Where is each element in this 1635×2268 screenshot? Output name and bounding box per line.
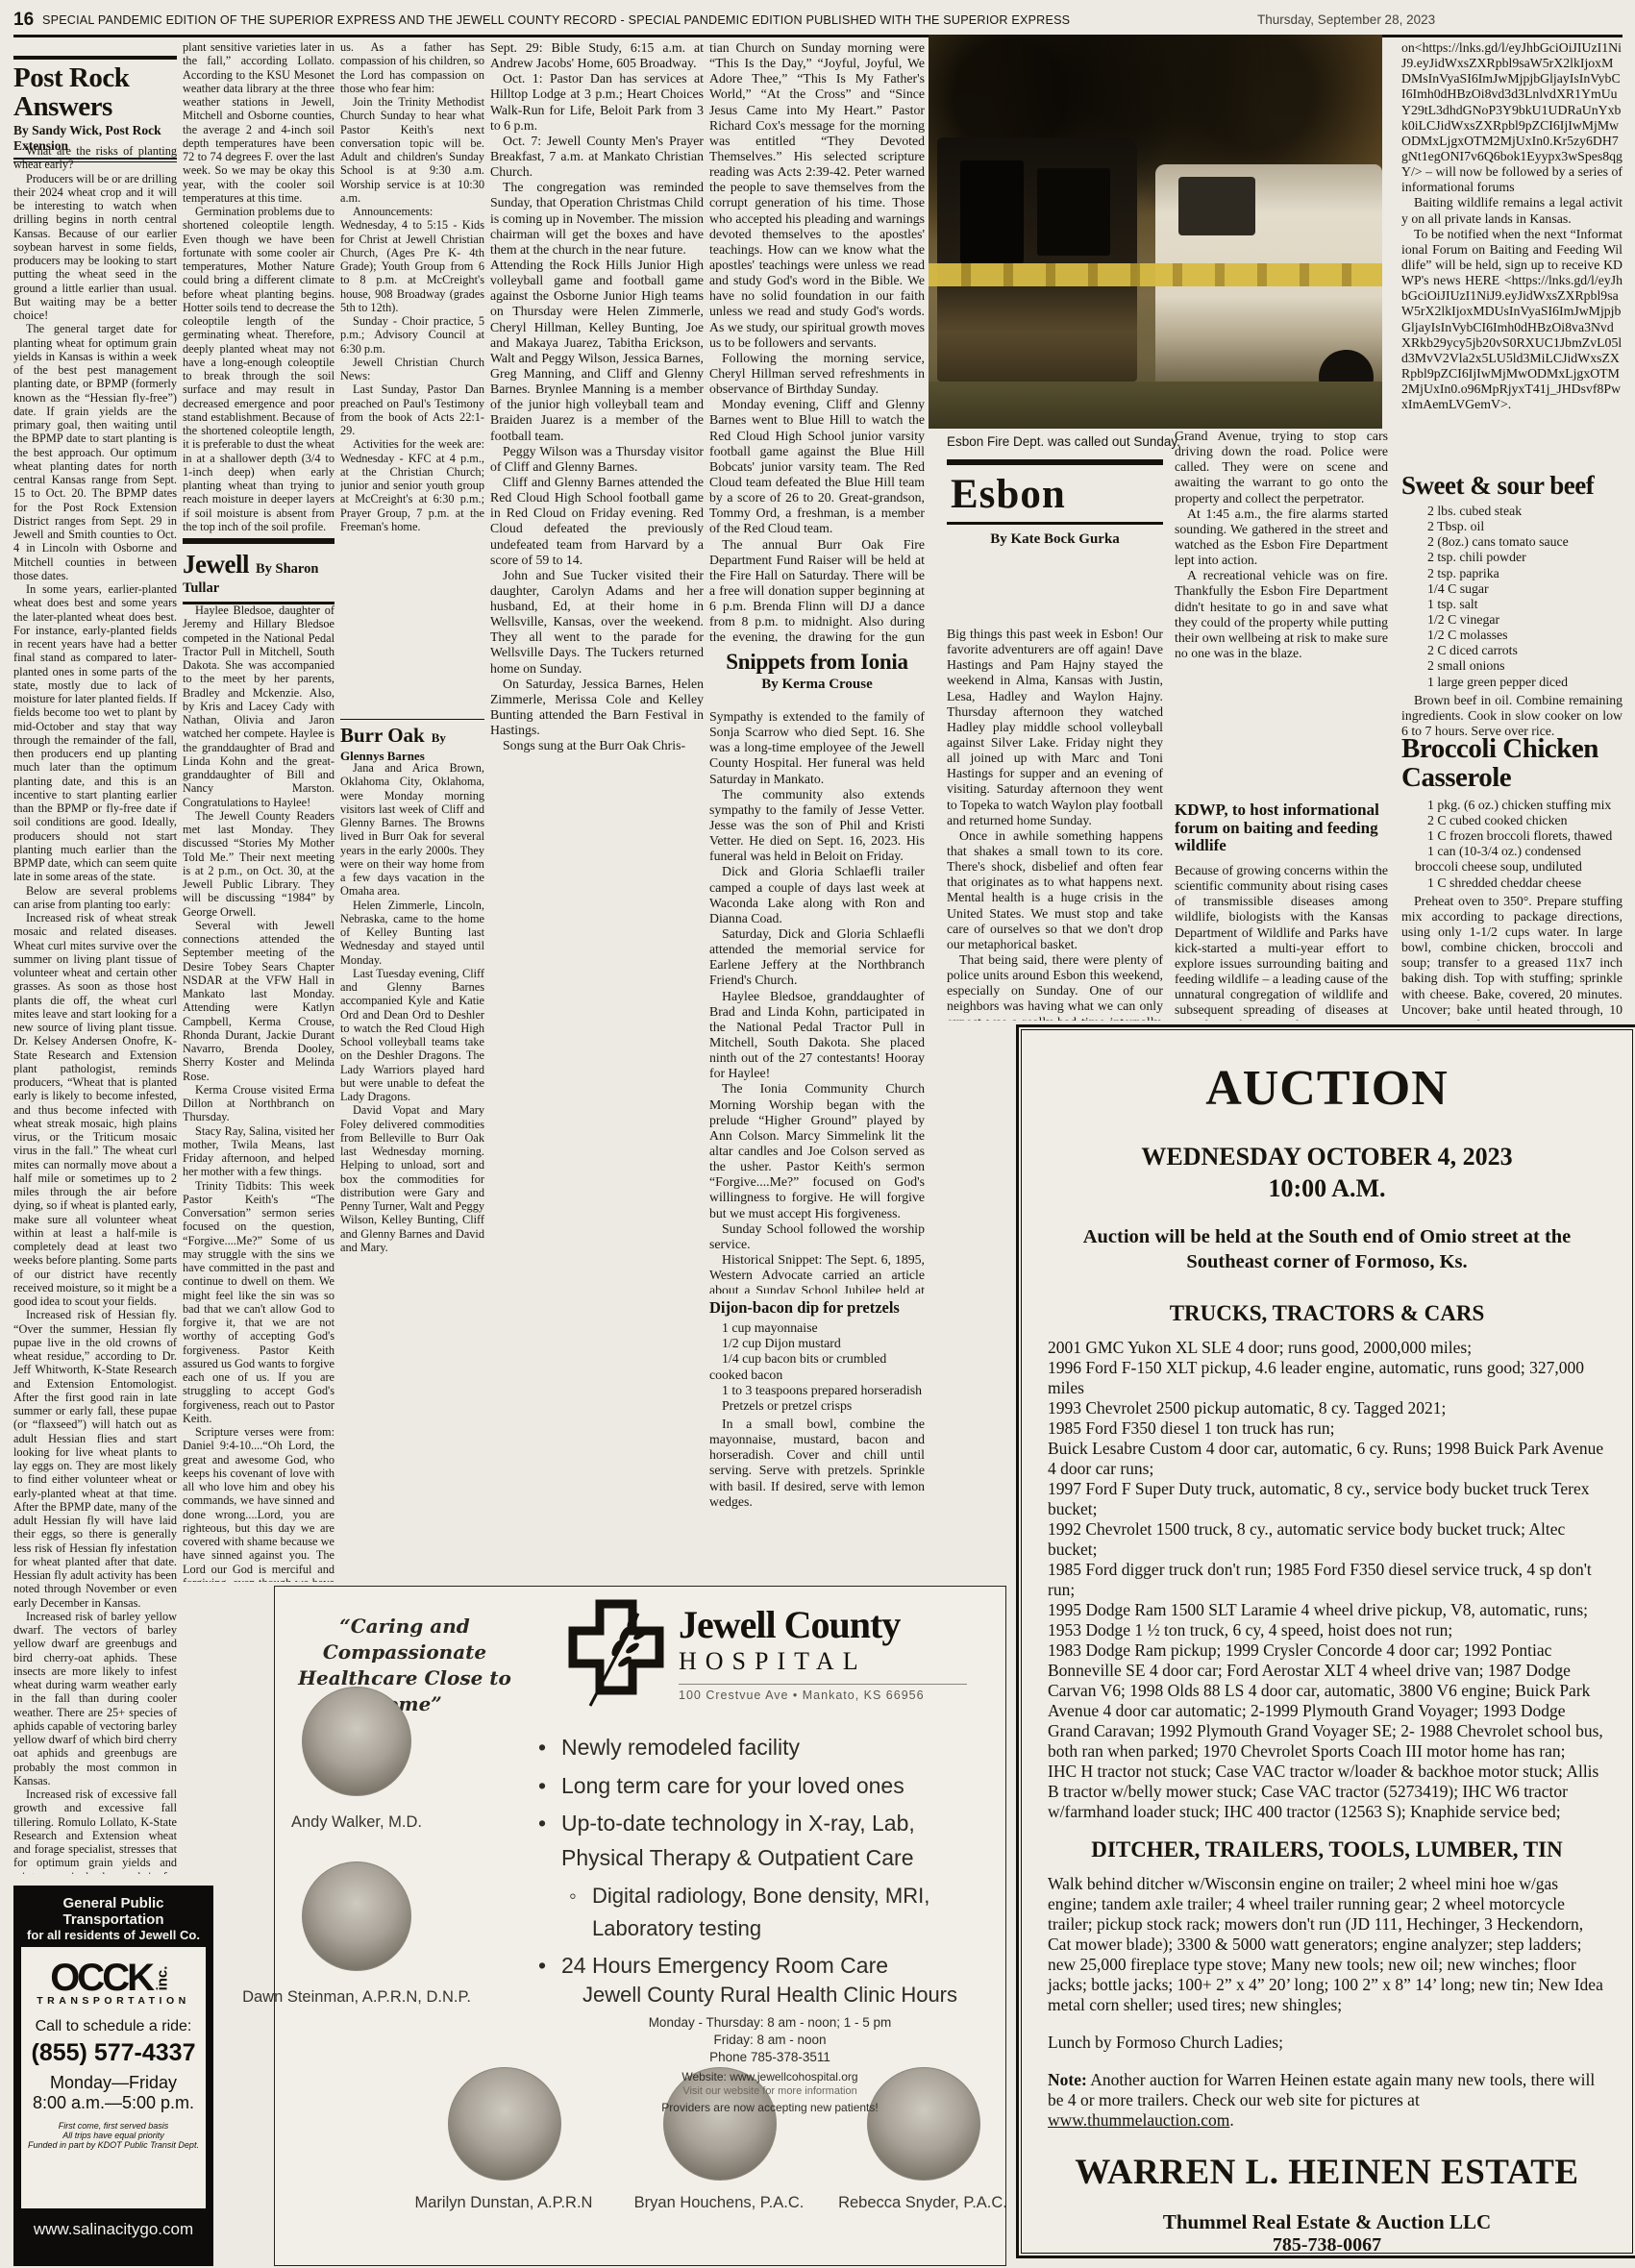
transport-days: Monday—Friday — [21, 2073, 206, 2093]
pickup-window — [1178, 177, 1255, 236]
text-paragraph: 1/4 cup bacon bits or crumbled cooked ba… — [709, 1351, 925, 1382]
auction-ad: AUCTION WEDNESDAY OCTOBER 4, 2023 10:00 … — [1016, 1024, 1635, 2258]
esbon-column: Big things this past week in Esbon! Our … — [947, 627, 1163, 1021]
transport-call-label: Call to schedule a ride: — [21, 2018, 206, 2035]
text-paragraph: That being said, there were plenty of po… — [947, 952, 1163, 1021]
text-paragraph: 2 Tbsp. oil — [1415, 519, 1623, 534]
text-paragraph: 2001 GMC Yukon XL SLE 4 door; runs good,… — [1048, 1338, 1606, 1358]
auction-estate-name: WARREN L. HEINEN ESTATE — [1048, 2152, 1606, 2193]
auction-section2-title: DITCHER, TRAILERS, TOOLS, LUMBER, TIN — [1048, 1837, 1606, 1862]
auction-tools-text: Walk behind ditcher w/Wisconsin engine o… — [1048, 1874, 1606, 2015]
clinic-hours-block: Jewell County Rural Health Clinic Hours … — [563, 1983, 977, 2114]
jewell-headline-block: JewellBy Sharon Tullar — [183, 538, 334, 604]
esbon-byline: By Kate Bock Gurka — [947, 531, 1163, 548]
text-paragraph: Following the morning service, Cheryl Hi… — [709, 351, 925, 397]
newspaper-page: 16 SPECIAL PANDEMIC EDITION OF THE SUPER… — [0, 0, 1635, 2268]
esbon-headline-block: Esbon By Kate Bock Gurka — [947, 459, 1163, 551]
snippets-byline: By Kerma Crouse — [709, 677, 925, 693]
text-paragraph: To be notified when the next “Informatio… — [1401, 227, 1623, 413]
hospital-address: 100 Crestvue Ave • Mankato, KS 66956 — [679, 1684, 967, 1702]
auction-phone: 785-738-0067 — [1048, 2234, 1606, 2256]
text-paragraph: Sunday - Choir practice, 5 p.m.; Advisor… — [340, 314, 484, 356]
text-paragraph: 1993 Chevrolet 2500 pickup automatic, 8 … — [1048, 1398, 1606, 1418]
text-paragraph: Stacy Ray, Salina, visited her mother, T… — [183, 1124, 334, 1179]
text-paragraph: 1 C frozen broccoli florets, thawed — [1415, 828, 1623, 844]
auction-note: Note: Another auction for Warren Heinen … — [1048, 2070, 1606, 2131]
text-paragraph: 1/2 C molasses — [1415, 628, 1623, 643]
text-paragraph: Join the Trinity Methodist Church Sunday… — [340, 95, 484, 205]
feature-item: Up-to-date technology in X-ray, Lab, Phy… — [536, 1807, 996, 1875]
dijon-recipe-block: Dijon-bacon dip for pretzels 1 cup mayon… — [709, 1299, 925, 1582]
text-paragraph: 1 large green pepper diced — [1415, 675, 1623, 690]
transport-website-link[interactable]: www.salinacitygo.com — [13, 2220, 213, 2239]
sweet-sour-directions: Brown beef in oil. Combine remaining ing… — [1401, 693, 1623, 739]
text-paragraph: 1/2 C vinegar — [1415, 612, 1623, 628]
esbon-title: Esbon — [951, 471, 1163, 518]
staff-photo-marilyn-dunstan — [448, 2067, 561, 2181]
dijon-directions: In a small bowl, combine the mayonnaise,… — [709, 1417, 925, 1510]
staff-caption: Dawn Steinman, A.P.R.N, D.N.P. — [241, 1988, 472, 2007]
text-paragraph: Haylee Bledsoe, granddaughter of Brad an… — [709, 989, 925, 1082]
burned-window — [960, 160, 1024, 263]
text-paragraph: Haylee Bledsoe, daughter of Jeremy and H… — [183, 604, 334, 809]
clinic-phone: Phone 785-378-3511 — [563, 2050, 977, 2064]
kdwp-headline: KDWP, to host informational forum on bai… — [1175, 801, 1388, 855]
text-paragraph: 2 tsp. chili powder — [1415, 550, 1623, 565]
text-paragraph: Because of growing concerns within the s… — [1175, 863, 1388, 1021]
text-paragraph: The Jewell County Readers met last Monda… — [183, 809, 334, 919]
auction-location: Auction will be held at the South end of… — [1048, 1225, 1606, 1274]
text-paragraph: Germination problems due to shortened co… — [183, 205, 334, 533]
burr-oak-title: Burr Oak — [340, 724, 425, 747]
staff-caption: Bryan Houchens, P.A.C. — [613, 2194, 825, 2212]
transport-subheader: for all residents of Jewell Co. — [13, 1928, 213, 1942]
text-paragraph: Sympathy is extended to the family of So… — [709, 709, 925, 787]
esbon-fire-photo — [929, 35, 1382, 429]
text-paragraph: Scripture verses were from: Daniel 9:4-1… — [183, 1425, 334, 1582]
feature-subitem: Digital radiology, Bone density, MRI, La… — [536, 1880, 996, 1945]
text-paragraph: Saturday, Dick and Gloria Schlaefli atte… — [709, 926, 925, 989]
jewell-continuation-column: us. As a father has compassion of his ch… — [340, 40, 484, 715]
transport-header: General Public Transportation — [13, 1886, 213, 1928]
text-paragraph: Activities for the week are: Wednesday -… — [340, 437, 484, 533]
staff-photo-dawn-steinman — [302, 1861, 411, 1971]
text-paragraph: A recreational vehicle was on fire. Than… — [1175, 568, 1388, 661]
text-paragraph: 1996 Ford F-150 XLT pickup, 4.6 leader e… — [1048, 1358, 1606, 1398]
broccoli-directions: Preheat oven to 350°. Prepare stuffing m… — [1401, 894, 1623, 1021]
text-paragraph: Below are several problems can arise fro… — [13, 884, 177, 912]
sweet-sour-recipe: Sweet & sour beef 2 lbs. cubed steak2 Tb… — [1401, 473, 1623, 739]
occk-logo: OCCKinc. TRANSPORTATION — [21, 1959, 206, 2007]
page-number: 16 — [13, 10, 34, 31]
text-paragraph: At 1:45 a.m., the fire alarms started so… — [1175, 506, 1388, 569]
post-rock-column-2: plant sensitive varieties later in the f… — [183, 40, 334, 534]
caution-tape — [929, 263, 1382, 287]
text-paragraph: Several with Jewell connections attended… — [183, 919, 334, 1083]
text-paragraph: Oct. 7: Jewell County Men's Prayer Break… — [490, 134, 704, 180]
text-paragraph: 1985 Ford F350 diesel 1 ton truck has ru… — [1048, 1418, 1606, 1439]
text-paragraph: tian Church on Sunday morning were “This… — [709, 40, 925, 351]
text-paragraph: 1995 Dodge Ram 1500 SLT Laramie 4 wheel … — [1048, 1600, 1606, 1620]
text-paragraph: 1 C shredded cheddar cheese — [1415, 875, 1623, 891]
auction-time: 10:00 A.M. — [1048, 1173, 1606, 1205]
esbon-continuation-column: Grand Avenue, trying to stop cars drivin… — [1175, 429, 1388, 796]
feature-item: 24 Hours Emergency Room Care — [536, 1949, 996, 1984]
text-paragraph: 1 can (10-3/4 oz.) condensed broccoli ch… — [1415, 844, 1623, 875]
burr-oak-headline-block: Burr OakBy Glennys Barnes — [340, 719, 484, 765]
text-paragraph: Grand Avenue, trying to stop cars drivin… — [1175, 429, 1388, 506]
text-paragraph: 2 C diced carrots — [1415, 643, 1623, 658]
text-paragraph: plant sensitive varieties later in the f… — [183, 40, 334, 205]
post-rock-title: Post Rock Answers — [13, 64, 177, 121]
text-paragraph: What are the risks of planting wheat ear… — [13, 144, 177, 172]
clinic-visit-note: Visit our website for more information — [563, 2085, 977, 2097]
dijon-title: Dijon-bacon dip for pretzels — [709, 1299, 925, 1317]
text-paragraph: Peggy Wilson was a Thursday visitor of C… — [490, 444, 704, 475]
kdwp-column: Because of growing concerns within the s… — [1175, 863, 1388, 1021]
thummel-auction-link[interactable]: www.thummelauction.com — [1048, 2110, 1229, 2130]
text-paragraph: 1983 Dodge Ram pickup; 1999 Crysler Conc… — [1048, 1640, 1606, 1762]
text-paragraph: The annual Burr Oak Fire Department Fund… — [709, 537, 925, 643]
text-paragraph: 1/4 C sugar — [1415, 581, 1623, 597]
text-paragraph: 1 cup mayonnaise — [709, 1320, 925, 1336]
text-paragraph: David Vopat and Mary Foley delivered com… — [340, 1103, 484, 1254]
text-paragraph: 2 (8oz.) cans tomato sauce — [1415, 534, 1623, 550]
transport-hours: 8:00 a.m.—5:00 p.m. — [21, 2093, 206, 2113]
text-paragraph: Jana and Arica Brown, Oklahoma City, Okl… — [340, 761, 484, 899]
text-paragraph: Kerma Crouse visited Erma Dillon at Nort… — [183, 1083, 334, 1124]
text-paragraph: Increased risk of wheat streak mosaic an… — [13, 911, 177, 1308]
text-paragraph: us. As a father has compassion of his ch… — [340, 40, 484, 95]
church-news-burr-oak-column: Sept. 29: Bible Study, 6:15 a.m. at Andr… — [490, 40, 704, 1582]
hospital-features-list: Newly remodeled facility Long term care … — [536, 1731, 996, 1986]
text-paragraph: on<https://lnks.gd/l/eyJhbGciOiJIUzI1NiJ… — [1401, 40, 1623, 195]
text-paragraph: Cliff and Glenny Barnes attended the Red… — [490, 475, 704, 568]
text-paragraph: 1953 Dodge 1 ½ ton truck, 6 cy, 4 speed,… — [1048, 1620, 1606, 1640]
staff-caption: Rebecca Snyder, P.A.C. — [817, 2194, 1028, 2212]
text-paragraph: Trinity Tidbits: This week Pastor Keith'… — [183, 1179, 334, 1426]
text-paragraph: Increased risk of barley yellow dwarf. T… — [13, 1610, 177, 1787]
text-paragraph: 1992 Chevrolet 1500 truck, 8 cy., automa… — [1048, 1519, 1606, 1560]
staff-caption: Marilyn Dunstan, A.P.R.N — [398, 2194, 609, 2212]
auction-title: AUCTION — [1048, 1060, 1606, 1117]
text-paragraph: Monday evening, Cliff and Glenny Barnes … — [709, 397, 925, 536]
hospital-name-sub: HOSPITAL — [679, 1647, 996, 1676]
snippets-title: Snippets from Ionia — [709, 650, 925, 675]
text-paragraph: 2 C cubed cooked chicken — [1415, 813, 1623, 828]
clinic-hours: Friday: 8 am - noon — [563, 2033, 977, 2047]
text-paragraph: On Saturday, Jessica Barnes, Helen Zimme… — [490, 677, 704, 739]
clinic-accepting-note: Providers are now accepting new patients… — [563, 2101, 977, 2114]
burned-door — [1037, 168, 1110, 255]
edition-masthead: SPECIAL PANDEMIC EDITION OF THE SUPERIOR… — [42, 13, 1234, 27]
text-paragraph: Sept. 29: Bible Study, 6:15 a.m. at Andr… — [490, 40, 704, 71]
auction-lunch: Lunch by Formoso Church Ladies; — [1048, 2033, 1606, 2053]
text-paragraph: 2 lbs. cubed steak — [1415, 504, 1623, 519]
text-paragraph: Oct. 1: Pastor Dan has services at Hillt… — [490, 71, 704, 134]
text-paragraph: 2 small onions — [1415, 658, 1623, 674]
feature-item: Long term care for your loved ones — [536, 1769, 996, 1804]
staff-photo-andy-walker — [302, 1687, 411, 1796]
clinic-hours: Monday - Thursday: 8 am - noon; 1 - 5 pm — [563, 2015, 977, 2030]
text-paragraph: IHC H tractor not stuck; Case VAC tracto… — [1048, 1762, 1606, 1822]
hospital-name: Jewell County — [679, 1602, 996, 1647]
text-paragraph: Songs sung at the Burr Oak Chris- — [490, 738, 704, 753]
text-paragraph: Increased risk of excessive fall growth … — [13, 1787, 177, 1874]
text-paragraph: 1 to 3 teaspoons prepared horseradish — [709, 1383, 925, 1398]
text-paragraph: Increased risk of Hessian fly. “Over the… — [13, 1308, 177, 1610]
post-rock-column-1: What are the risks of planting wheat ear… — [13, 144, 177, 1874]
text-paragraph: 1985 Ford digger truck don't run; 1985 F… — [1048, 1560, 1606, 1600]
text-paragraph: Producers will be or are drilling their … — [13, 172, 177, 323]
broccoli-recipe: Broccoli Chicken Casserole 1 pkg. (6 oz.… — [1401, 734, 1623, 1021]
transport-panel: OCCKinc. TRANSPORTATION Call to schedule… — [21, 1947, 206, 2208]
text-paragraph: Last Tuesday evening, Cliff and Glenny B… — [340, 967, 484, 1104]
hospital-ad: “Caring and Compassionate Healthcare Clo… — [274, 1586, 1006, 2266]
text-paragraph: Once in awhile something happens that sh… — [947, 828, 1163, 952]
sweet-sour-title: Sweet & sour beef — [1401, 473, 1623, 499]
jewell-title: Jewell — [183, 550, 249, 579]
text-paragraph: Dick and Gloria Schlaefli trailer camped… — [709, 864, 925, 926]
clinic-title: Jewell County Rural Health Clinic Hours — [563, 1983, 977, 2008]
grass-foreground — [929, 382, 1382, 429]
broccoli-title: Broccoli Chicken Casserole — [1401, 734, 1623, 793]
text-paragraph: 1997 Ford F Super Duty truck, automatic,… — [1048, 1479, 1606, 1519]
clinic-website-link[interactable]: Website: www.jewellcohospital.org — [563, 2070, 977, 2083]
text-paragraph: Last Sunday, Pastor Dan preached on Paul… — [340, 382, 484, 437]
auction-vehicle-list: 2001 GMC Yukon XL SLE 4 door; runs good,… — [1048, 1338, 1606, 1822]
text-paragraph: If you have further questions on wheat p… — [183, 533, 334, 534]
text-paragraph: Historical Snippet: The Sept. 6, 1895, W… — [709, 1252, 925, 1294]
staff-caption: Andy Walker, M.D. — [256, 1813, 458, 1832]
text-paragraph: Attending the Rock Hills Junior High vol… — [490, 258, 704, 444]
jewell-column: Haylee Bledsoe, daughter of Jeremy and H… — [183, 604, 334, 1582]
text-paragraph: John and Sue Tucker visited their daught… — [490, 568, 704, 677]
transportation-ad: General Public Transportation for all re… — [13, 1886, 213, 2266]
auction-section1-title: TRUCKS, TRACTORS & CARS — [1048, 1301, 1606, 1326]
auction-company: Thummel Real Estate & Auction LLC — [1048, 2210, 1606, 2234]
text-paragraph: Pretzels or pretzel crisps — [709, 1398, 925, 1414]
text-paragraph: The community also extends sympathy to t… — [709, 787, 925, 865]
forum-links-column[interactable]: on<https://lnks.gd/l/eyJhbGciOiJIUzI1NiJ… — [1401, 40, 1623, 471]
text-paragraph: In some years, earlier-planted wheat doe… — [13, 582, 177, 884]
text-paragraph: The congregation was reminded Sunday, th… — [490, 180, 704, 258]
transport-fine-print: First come, first served basis All trips… — [21, 2121, 206, 2150]
text-paragraph: 1 pkg. (6 oz.) chicken stuffing mix — [1415, 798, 1623, 813]
snippets-column: Sympathy is extended to the family of So… — [709, 709, 925, 1294]
snippets-headline-block: Snippets from Ionia By Kerma Crouse — [709, 650, 925, 693]
text-paragraph: Baiting wildlife remains a legal activit… — [1401, 195, 1623, 226]
text-paragraph: 1 tsp. salt — [1415, 597, 1623, 612]
text-paragraph: Buick Lesabre Custom 4 door car, automat… — [1048, 1439, 1606, 1479]
text-paragraph: Big things this past week in Esbon! Our … — [947, 627, 1163, 828]
burr-oak-column: Jana and Arica Brown, Oklahoma City, Okl… — [340, 761, 484, 1582]
burr-oak-continuation-column: tian Church on Sunday morning were “This… — [709, 40, 925, 642]
hospital-name-block: Jewell County HOSPITAL 100 Crestvue Ave … — [679, 1602, 996, 1702]
text-paragraph: Helen Zimmerle, Lincoln, Nebraska, came … — [340, 899, 484, 967]
hospital-cross-wheat-icon — [563, 1592, 669, 1717]
text-paragraph: Jewell Christian Church News: — [340, 356, 484, 383]
text-paragraph: The Ionia Community Church Morning Worsh… — [709, 1081, 925, 1220]
text-paragraph: 1/2 cup Dijon mustard — [709, 1336, 925, 1351]
auction-date: WEDNESDAY OCTOBER 4, 2023 — [1048, 1142, 1606, 1173]
issue-date: Thursday, September 28, 2023 — [1257, 12, 1435, 27]
text-paragraph: The general target date for planting whe… — [13, 322, 177, 582]
text-paragraph: 2 tsp. paprika — [1415, 566, 1623, 581]
transport-phone: (855) 577-4337 — [21, 2039, 206, 2067]
text-paragraph: Sunday School followed the worship servi… — [709, 1221, 925, 1252]
text-paragraph: Announcements: Wednesday, 4 to 5:15 - Ki… — [340, 205, 484, 314]
feature-item: Newly remodeled facility — [536, 1731, 996, 1765]
